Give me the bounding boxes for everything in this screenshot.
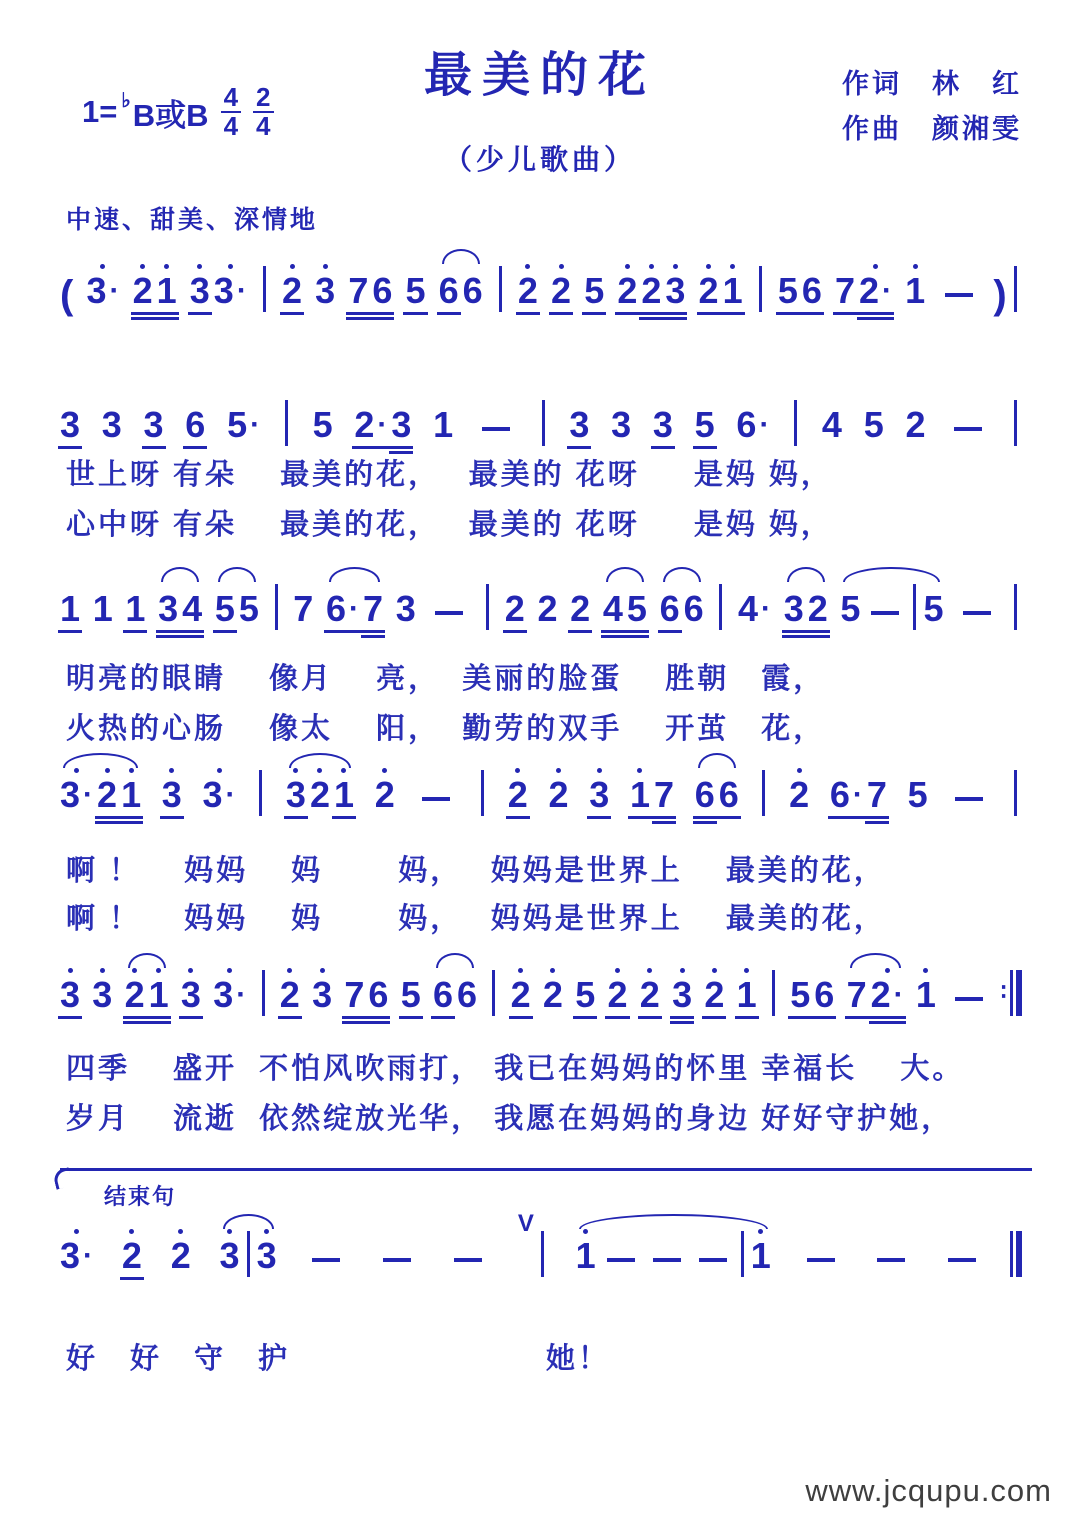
underline-stack [625,627,649,641]
underline-stack [549,309,573,323]
thin-bar [1010,970,1013,1016]
note-digit: 3 [672,977,692,1013]
note-digit: 6 [372,273,392,309]
note-body: 6 [457,977,477,1013]
note-body: 3 [569,407,589,443]
note-body: 3 [391,407,411,443]
note-group: 3 [100,382,124,457]
octave-dot-empty [667,582,672,587]
note: 5 [778,264,798,323]
note-digit: 1 [334,777,354,813]
note-digit: 3 [181,977,201,1013]
note-group [270,568,283,641]
note: 6 [695,768,715,827]
note-body: 4· [738,591,771,627]
note-digit: 3 [396,591,416,627]
duration-dash [435,611,463,615]
underline-stack [160,813,184,827]
note-digit: 6 [368,977,388,1013]
note-group: 1 [431,382,455,457]
octave-dot-empty [592,264,597,269]
underline-beam [95,816,119,819]
lyrics-line-4-2: 啊 ！ 妈妈 妈 妈， 妈妈是世界上 最美的花， [66,896,1026,937]
note-group: 2 [547,752,571,827]
note-body: 2 [699,273,719,309]
note: 6 [802,264,822,323]
underline-beam [506,816,530,819]
note: 2 [617,264,637,323]
octave-dot-empty [222,582,227,587]
duration-dash [954,427,982,431]
note-digit: 1 [737,977,757,1013]
underline-beam [58,1016,82,1019]
note: 7 [867,768,887,827]
octave-dot [913,264,918,269]
underline-stack [188,309,212,323]
underline-stack [582,309,606,323]
note-body: 7 [344,977,364,1013]
underline-stack [218,1274,242,1288]
underline-beam [670,1021,694,1024]
underline-stack [787,813,811,827]
octave-dot-empty [465,968,470,973]
note-group: 2 [278,952,302,1027]
octave-dot-empty [133,582,138,587]
note-body: 3 [92,977,112,1013]
underline-beam [628,816,652,819]
note-digit: 3 [257,1238,277,1274]
octave-dot [625,264,630,269]
underline-stack [509,1013,533,1027]
note-group [754,250,767,323]
underline-beam [702,1016,726,1019]
underline-stack [702,1013,726,1027]
note-digit: 3 [158,591,178,627]
note-group: 2 [903,382,927,457]
note-digit: 2 [282,273,302,309]
note-digit: 6 [736,407,756,443]
note-group: 3 [313,248,337,323]
note-digit: 2 [704,977,724,1013]
underline-stack [431,1013,455,1027]
key-body: B或B [133,90,209,135]
note-digit: 7 [835,273,855,309]
octave-dot-empty [68,398,73,403]
note-body: 3 [220,1238,240,1274]
note-body: 2 [310,777,330,813]
note-body: 2 [789,777,809,813]
underline-stack [91,627,115,641]
note-body: 6 [439,273,459,309]
note-group: 2 [605,952,629,1027]
note: 5 [695,398,715,457]
underline-stack [605,1013,629,1027]
octave-dot-empty [408,968,413,973]
note-group [280,384,293,457]
note: 2 [171,1229,191,1288]
duration-dash [877,1258,905,1262]
underline-stack [212,309,249,323]
underline-beam [123,630,147,633]
slur-group: 66 [437,248,485,323]
note-group [1009,754,1022,827]
note-digit: 4 [182,591,202,627]
octave-dot [797,768,802,773]
octave-dot [132,968,137,973]
underline-beam [180,630,204,633]
underline-beam [95,821,119,824]
note-body: 3 [190,273,210,309]
note-digit: 3 [203,777,223,813]
note-digit: 1 [433,407,453,443]
underline-beam [670,1016,694,1019]
note-body: 2 [549,777,569,813]
note-digit: 7 [654,777,674,813]
octave-dot-empty [376,968,381,973]
barline [794,400,797,446]
note: 3 [257,1229,277,1288]
octave-dot-empty [691,582,696,587]
underline-beam [131,312,155,315]
note-body: 3· [86,273,119,309]
underline-stack [179,1013,203,1027]
note-group: 5 [693,382,717,457]
octave-dot [320,968,325,973]
underline-stack [58,627,82,641]
note-group [374,1242,420,1288]
note-group: 56 [776,248,824,323]
slur-group: 34 [156,566,204,641]
underline-stack [237,627,261,641]
underline-stack [717,813,741,827]
note-body: 6 [185,407,205,443]
note-body: 2 [97,777,117,813]
slur-group: 66 [658,566,706,641]
note-group: 3· [201,752,238,827]
note-digit: 6 [814,977,834,1013]
note-body: 2 [641,273,661,309]
underline-beam [280,312,304,315]
note-body: 3 [102,407,122,443]
underline-beam [509,1016,533,1019]
underline-stack [541,1013,565,1027]
note-body: 1 [121,777,141,813]
note: 3· [86,264,119,323]
note-body: 6 [368,977,388,1013]
underline-stack [437,309,461,323]
note-body: 1 [125,591,145,627]
note-digit: 1 [905,273,925,309]
note-body: 2 [640,977,660,1013]
note-group: 5 [403,248,427,323]
underline-stack [211,1013,248,1027]
underline-stack [663,309,687,323]
music-line-5: 332133·2376566225223215672·1∶ [58,952,1022,1027]
underline-beam [437,312,461,315]
underline-stack [180,627,204,641]
note-body: 2 [704,977,724,1013]
note: 2 [375,768,395,827]
note: 4 [182,582,202,641]
duration-dash [963,611,991,615]
note-digit: 6 [719,777,739,813]
underline-stack [58,813,95,827]
barline [247,1231,250,1277]
note: 3 [665,264,685,323]
note-body: 3 [665,273,685,309]
octave-dot [105,768,110,773]
note: 3 [396,582,416,641]
octave-dot-empty [854,968,859,973]
note-body: 2 [505,591,525,627]
underline-stack [147,1013,171,1027]
note: 3· [203,768,236,827]
key-signature: 1=♭B或B 4 4 2 4 [82,84,274,141]
note-digit: 3 [213,977,233,1013]
octave-dot-empty [368,398,373,403]
underline-beam [155,317,179,320]
note: 1 [723,264,743,323]
underline-beam [857,312,894,315]
underline-beam [342,1021,366,1024]
note: 6 [433,968,453,1027]
underline-beam [788,1016,812,1019]
note: 1 [60,582,80,641]
underline-beam [156,635,180,638]
underline-stack [749,1274,773,1288]
octave-dot [583,1229,588,1234]
note-digit: 3 [60,977,80,1013]
octave-dot-empty [403,582,408,587]
note: 1 [905,264,925,323]
underline-beam [183,446,207,449]
barline [486,584,489,630]
note: 3· [214,264,247,323]
barline [1014,770,1017,816]
barline [741,1231,744,1277]
lyrics-line-3-2: 火热的心肠 像太 阳， 勤劳的双手 开茧 花， [66,706,1026,747]
octave-dot [68,968,73,973]
underline-beam [567,446,591,449]
note: 2 [789,768,809,827]
note-group: 1 [123,566,147,641]
ending-label: 结束句 [104,1180,176,1211]
octave-dot [518,968,523,973]
octave-dot [164,264,169,269]
octave-dot-empty [68,582,73,587]
note-body: 1 [630,777,650,813]
underline-stack [601,627,625,641]
final-barline [1010,1231,1022,1277]
octave-dot-empty [413,264,418,269]
note-group: 2 [568,566,592,641]
note-body: 5 [627,591,647,627]
note: 6 [368,968,388,1027]
underline-stack [169,1274,193,1288]
slur-group: 33 [218,1213,279,1288]
underline-beam [601,635,625,638]
note-group: 2 [280,248,304,323]
octave-dot-empty [371,582,376,587]
note: 2 [570,582,590,641]
octave-dot-empty [166,582,171,587]
note-digit: 5 [908,777,928,813]
repeat-dots: ∶ [1000,980,1006,1006]
note: 2 [282,264,302,323]
note-group [487,954,500,1027]
underline-beam [605,1016,629,1019]
note-digit: 5 [227,407,247,443]
note-group: 3 [90,952,114,1027]
underline-stack [95,813,119,827]
underline-stack [503,627,527,641]
note-digit: 7 [867,777,887,813]
underline-stack [308,813,332,827]
augmentation-dot: · [761,594,771,624]
note-body: 2· [871,977,904,1013]
octave-dot-empty [470,264,475,269]
note-digit: 5 [239,591,259,627]
note-group: 2 [541,952,565,1027]
note-body: 5 [908,777,928,813]
note-group: 2 [638,952,662,1027]
underline-beam [568,630,592,633]
octave-dot-empty [356,264,361,269]
underline-stack [615,309,639,323]
note-body: 5 [584,273,604,309]
note: 1 [121,768,141,827]
octave-dot [129,768,134,773]
underline-beam [601,630,625,633]
underline-stack [324,627,361,641]
underline-beam [361,630,385,633]
octave-dot-empty [913,398,918,403]
note-body: 3 [144,407,164,443]
note-body: 6 [802,273,822,309]
augmentation-dot: · [226,780,236,810]
note: 6 [463,264,483,323]
note: 2 [640,968,660,1027]
duration-dash [312,1258,340,1262]
note: 3· [60,768,93,827]
note-digit: 7 [293,591,313,627]
barline [759,266,762,312]
note-group: 7 [291,566,315,641]
underline-beam [652,816,676,819]
barline [762,770,765,816]
note-digit: 6 [326,591,346,627]
note: 6 [684,582,704,641]
underline-stack [255,1274,279,1288]
note-group: 3 [160,752,184,827]
underline-beam [370,317,394,320]
note-digit: 4 [603,591,623,627]
note: 1 [149,968,169,1027]
note-body: 3· [60,1238,93,1274]
ending-bracket-line [60,1168,1032,1171]
underline-beam [188,312,212,315]
octave-dot [188,968,193,973]
note-digit: 1 [751,1238,771,1274]
octave-dot-empty [874,768,879,773]
underline-beam [342,1016,366,1019]
note-body: 3 [653,407,673,443]
underline-stack [84,309,121,323]
music-line-1: (3·2133·2376566225223215672·1) [58,248,1022,323]
note-body: 1 [751,1238,771,1274]
note-digit: 1 [723,273,743,309]
note-digit: 1 [93,591,113,627]
underline-stack [58,1274,95,1288]
flat-sign: ♭ [121,88,130,113]
note: 3 [569,398,589,457]
underline-stack [788,1013,812,1027]
augmentation-dot: · [83,1241,93,1271]
note-digit: 6 [185,407,205,443]
thick-bar [1016,1231,1022,1277]
octave-dot-empty [750,398,755,403]
note-digit: 5 [405,273,425,309]
note-group: 3· [58,1213,95,1288]
note-group [789,384,802,457]
note-group: 1 [903,248,927,323]
note-digit: 2 [125,977,145,1013]
underline-beam [717,816,741,819]
octave-dot-empty [848,582,853,587]
note-body: 5 [401,977,421,1013]
octave-dot-empty [661,768,666,773]
note-group: ( [58,259,75,323]
underline-beam [663,317,687,320]
octave-dot-empty [634,582,639,587]
octave-dot [712,968,717,973]
note-digit: 4 [822,407,842,443]
note: 3· [213,968,246,1027]
octave-dot [525,264,530,269]
note-digit: 3 [653,407,673,443]
open-paren: ( [60,275,73,315]
note-digit: 2 [354,407,374,443]
augmentation-dot: · [250,410,260,440]
underline-beam [370,312,394,315]
underline-stack [213,627,237,641]
note: 2 [133,264,153,323]
barline [481,770,484,816]
slur-group: 321 [284,752,356,827]
octave-dot-empty [660,398,665,403]
note: 6 [185,398,205,457]
note-digit: 5 [695,407,715,443]
duration-dash [454,1258,482,1262]
underline-beam [123,1016,147,1019]
underline-stack [906,813,930,827]
note-digit: 3 [589,777,609,813]
underline-stack [921,627,945,641]
note-body: 2 [905,407,925,443]
note: 5 [575,968,595,1027]
underline-stack [776,309,800,323]
underline-beam [869,1021,906,1024]
note-body: 3 [589,777,609,813]
underline-stack [156,627,180,641]
note: 5 [215,582,235,641]
note-digit: 1 [149,977,169,1013]
note-digit: 1 [157,273,177,309]
note-body: 1 [905,273,925,309]
note-body: 6 [660,591,680,627]
note-body: 7 [348,273,368,309]
note-body: 1 [157,273,177,309]
